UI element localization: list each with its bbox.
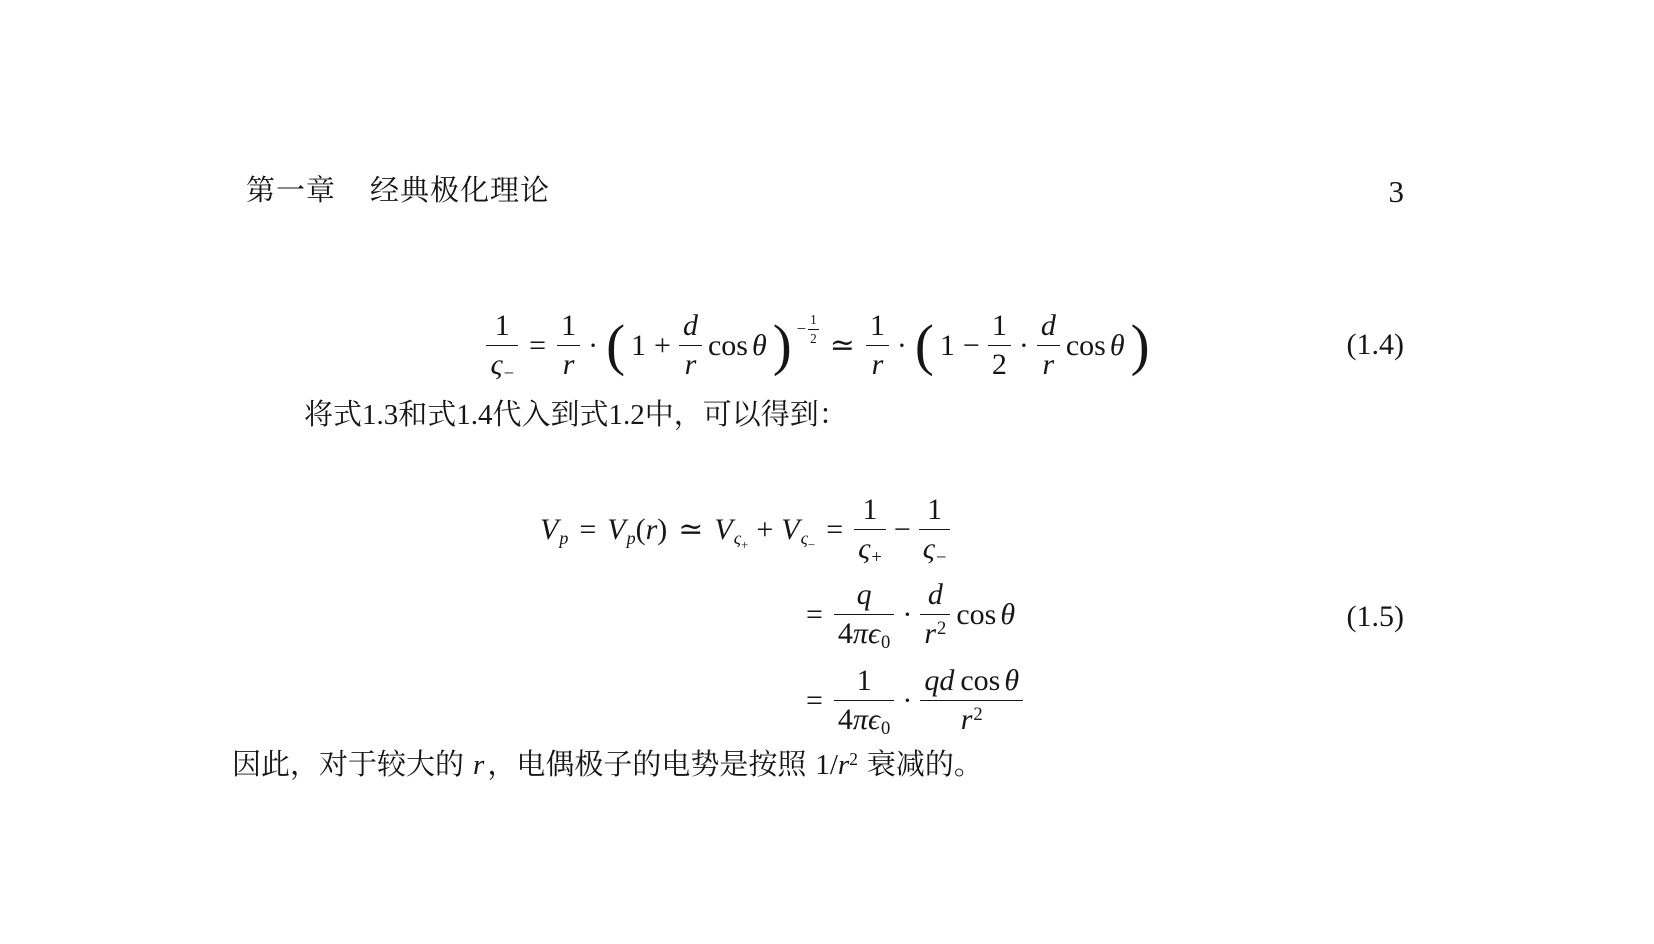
V-p-of-r-term: Vp(r) <box>607 510 667 549</box>
qd-cos-theta-over-r-squared-fraction: qdcosθ r2 <box>920 664 1023 736</box>
equation-1-4-block: 1 ς− = 1 r · ( 1 + d r cosθ ) − <box>232 300 1404 390</box>
V-p-term: Vp <box>540 510 568 549</box>
equation-number-1-4: (1.4) <box>1347 328 1404 362</box>
fraction-bar <box>1037 345 1060 346</box>
cdot-sign: · <box>897 326 907 365</box>
close-paren: ) <box>773 317 792 374</box>
fraction-bar <box>919 529 951 530</box>
fraction-bar <box>920 614 950 615</box>
variable-r: r <box>473 749 484 781</box>
one-half-small-fraction: 1 2 <box>808 312 819 345</box>
minus-sign: − <box>894 510 911 549</box>
denominator: ς− <box>486 348 518 382</box>
close-paren: ) <box>1131 317 1150 374</box>
theta: θ <box>1110 329 1125 362</box>
one: 1 <box>940 326 955 365</box>
varsigma: ς <box>490 348 502 381</box>
simeq-sign: ≃ <box>830 326 855 365</box>
one-over-r-fraction: 1 r <box>557 309 580 381</box>
fraction-bar <box>854 529 886 530</box>
cdot-sign: · <box>588 326 598 365</box>
fraction-bar <box>920 700 1023 701</box>
one-half-fraction: 1 2 <box>988 309 1011 381</box>
p-subscript: p <box>627 528 636 548</box>
one-over-varsigma-plus-fraction: 1 ς+ <box>854 493 886 565</box>
theta: θ <box>752 329 767 362</box>
open-paren: ( <box>636 513 646 546</box>
exponent-minus-one-half: − 1 2 <box>797 312 819 345</box>
fraction-bar <box>866 345 889 346</box>
cos-theta-term: cosθ <box>1066 326 1125 365</box>
open-paren: ( <box>915 317 934 374</box>
chapter-number: 第一章 <box>246 175 336 207</box>
plus-sign: + <box>756 510 773 549</box>
numerator: 1 <box>491 309 514 343</box>
text-run: ，电偶极子的电势是按照 <box>487 749 806 781</box>
cdot-sign: · <box>1019 326 1029 365</box>
fraction-bar <box>988 345 1011 346</box>
equation-1-5-line-1: Vp = Vp(r) ≃ Vς+ + Vς− = 1 ς+ − 1 ς− <box>540 484 950 574</box>
fraction-bar <box>557 345 580 346</box>
d-over-r-squared-fraction: d r2 <box>920 578 950 650</box>
plus-sign: + <box>654 326 671 365</box>
cos-function: cos <box>1066 329 1106 362</box>
equals-sign: = <box>806 681 823 720</box>
equation-1-5-block: Vp = Vp(r) ≃ Vς+ + Vς− = 1 ς+ − 1 ς− = q <box>232 484 1404 750</box>
cos-function: cos <box>960 664 1000 697</box>
fraction-bar <box>679 345 702 346</box>
paragraph-conclusion: 因此，对于较大的r，电偶极子的电势是按照1/r2衰减的。 <box>232 746 983 785</box>
one-over-r-fraction: 1 r <box>866 309 889 381</box>
equation-1-4: 1 ς− = 1 r · ( 1 + d r cosθ ) − <box>486 309 1149 381</box>
equation-1-5-line-3: = 1 4πϵ0 · qdcosθ r2 <box>806 655 1023 745</box>
d-over-r-fraction: d r <box>679 309 702 381</box>
one-over-varsigma-minus-fraction: 1 ς− <box>486 309 518 381</box>
fraction-bar <box>834 700 894 701</box>
p-subscript: p <box>559 528 568 548</box>
page-number: 3 <box>1389 174 1405 210</box>
fraction-bar <box>486 345 518 346</box>
squared-superscript: 2 <box>973 704 982 725</box>
q-over-4pi-epsilon0-fraction: q 4πϵ0 <box>834 578 894 650</box>
cdot-sign: · <box>902 595 912 634</box>
cos-theta-term: cosθ <box>708 326 767 365</box>
squared-superscript: 2 <box>937 618 946 639</box>
equals-sign: = <box>826 510 843 549</box>
V-varsigma-minus-term: Vς− <box>781 510 815 549</box>
text-run: 因此，对于较大的 <box>232 749 464 781</box>
equals-sign: = <box>806 595 823 634</box>
equals-sign: = <box>529 326 546 365</box>
cdot-sign: · <box>902 681 912 720</box>
equals-sign: = <box>579 510 596 549</box>
squared-superscript: 2 <box>849 749 858 769</box>
one: 1 <box>631 326 646 365</box>
chapter-heading: 第一章经典极化理论 <box>246 168 550 209</box>
varsigma-minus-subscript: ς− <box>801 528 816 548</box>
theta: θ <box>1000 598 1015 631</box>
fraction-bar <box>808 329 819 330</box>
minus-subscript: − <box>504 363 515 384</box>
minus-sign: − <box>963 326 980 365</box>
text-run: 衰减的。 <box>867 749 983 781</box>
cos-function: cos <box>708 329 748 362</box>
document-page: 第一章经典极化理论 3 1 ς− = 1 r · ( 1 + d r <box>232 0 1404 944</box>
V-varsigma-plus-term: Vς+ <box>714 510 748 549</box>
one-over-varsigma-minus-fraction: 1 ς− <box>919 493 951 565</box>
inline-one-over-r-squared: 1/r2 <box>815 749 858 781</box>
equation-number-1-5: (1.5) <box>1347 600 1404 634</box>
open-paren: ( <box>606 317 625 374</box>
simeq-sign: ≃ <box>678 510 703 549</box>
chapter-title: 经典极化理论 <box>370 175 550 207</box>
paragraph-substitute: 将式1.3和式1.4代入到式1.2中，可以得到： <box>304 396 848 435</box>
cos-theta-term: cosθ <box>956 595 1015 634</box>
equation-1-5-line-2: = q 4πϵ0 · d r2 cosθ <box>806 569 1015 659</box>
theta: θ <box>1004 664 1019 697</box>
varsigma-plus-subscript: ς+ <box>734 528 749 548</box>
d-over-r-fraction: d r <box>1037 309 1060 381</box>
one-over-4pi-epsilon0-fraction: 1 4πϵ0 <box>834 664 894 736</box>
r-variable: r <box>646 513 658 546</box>
close-paren: ) <box>657 513 667 546</box>
fraction-bar <box>834 614 894 615</box>
cos-function: cos <box>956 598 996 631</box>
